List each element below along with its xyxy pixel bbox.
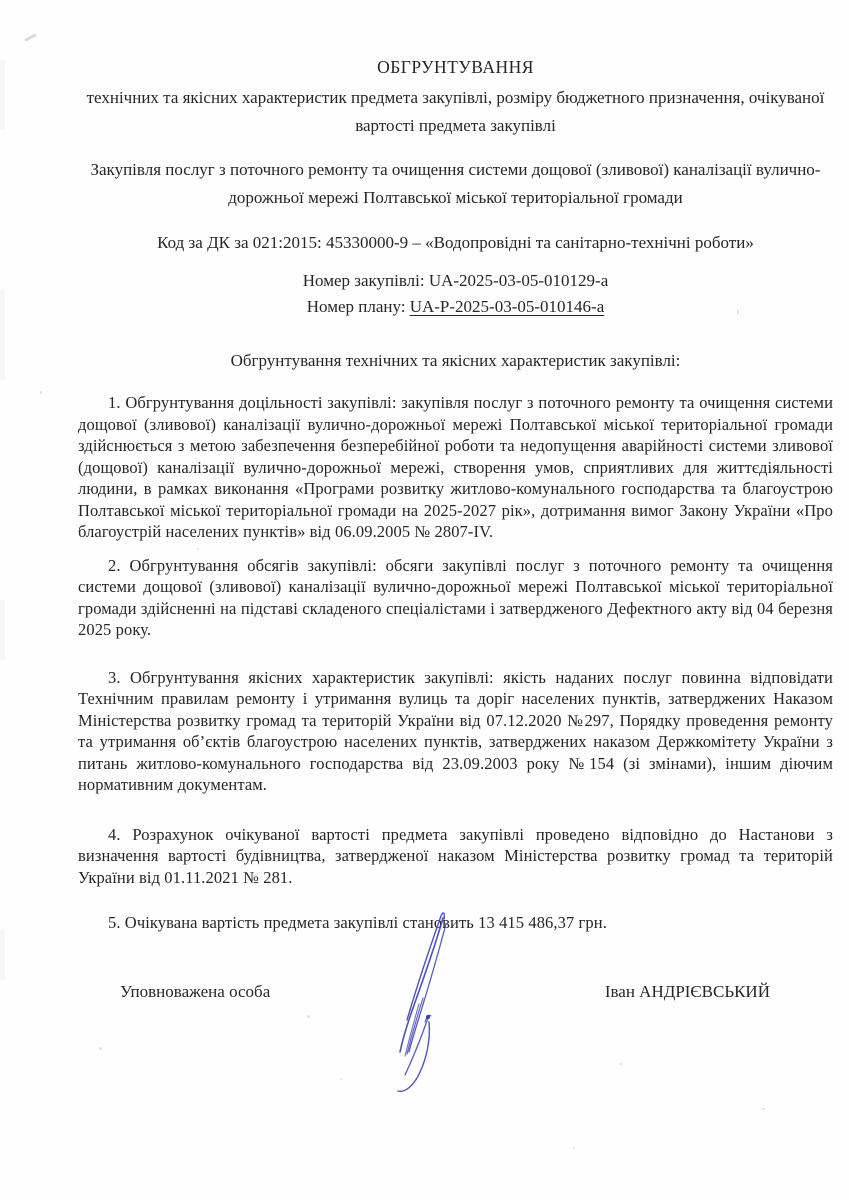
document-title: ОБГРУНТУВАННЯ [78,54,833,80]
section-heading: Обгрунтування технічних та якісних харак… [78,348,833,374]
plan-number-line: Номер плану: UA-P-2025-03-05-010146-a [78,294,833,320]
paragraph-expected-value: 5. Очікувана вартість предмета закупівлі… [78,912,833,934]
signer-name: Іван АНДРІЄВСЬКИЙ [605,980,770,1004]
purchase-number-value: UA-2025-03-05-010129-a [429,271,608,290]
document-subtitle: технічних та якісних характеристик предм… [78,84,833,140]
purchase-number-label: Номер закупівлі: [303,271,425,290]
purchase-number-line: Номер закупівлі: UA-2025-03-05-010129-a [78,268,833,294]
plan-number-label: Номер плану: [307,297,406,316]
paragraph-justification-expediency: 1. Обгрунтування доцільності закупівлі: … [78,392,833,543]
paragraph-justification-volumes: 2. Обгрунтування обсягів закупівлі: обся… [78,555,833,641]
paragraph-expected-value-calculation: 4. Розрахунок очікуваної вартості предме… [78,824,833,889]
authorized-person-label: Уповноважена особа [120,980,270,1004]
procurement-subject: Закупівля послуг з поточного ремонту та … [78,156,833,212]
signature-row: Уповноважена особа Іван АНДРІЄВСЬКИЙ [78,980,833,1004]
dk-code-line: Код за ДК за 021:2015: 45330000-9 – «Вод… [78,230,833,256]
document-page: ОБГРУНТУВАННЯ технічних та якісних харак… [0,0,849,1200]
plan-number-value: UA-P-2025-03-05-010146-a [410,297,605,316]
paragraph-justification-quality: 3. Обгрунтування якісних характеристик з… [78,667,833,796]
